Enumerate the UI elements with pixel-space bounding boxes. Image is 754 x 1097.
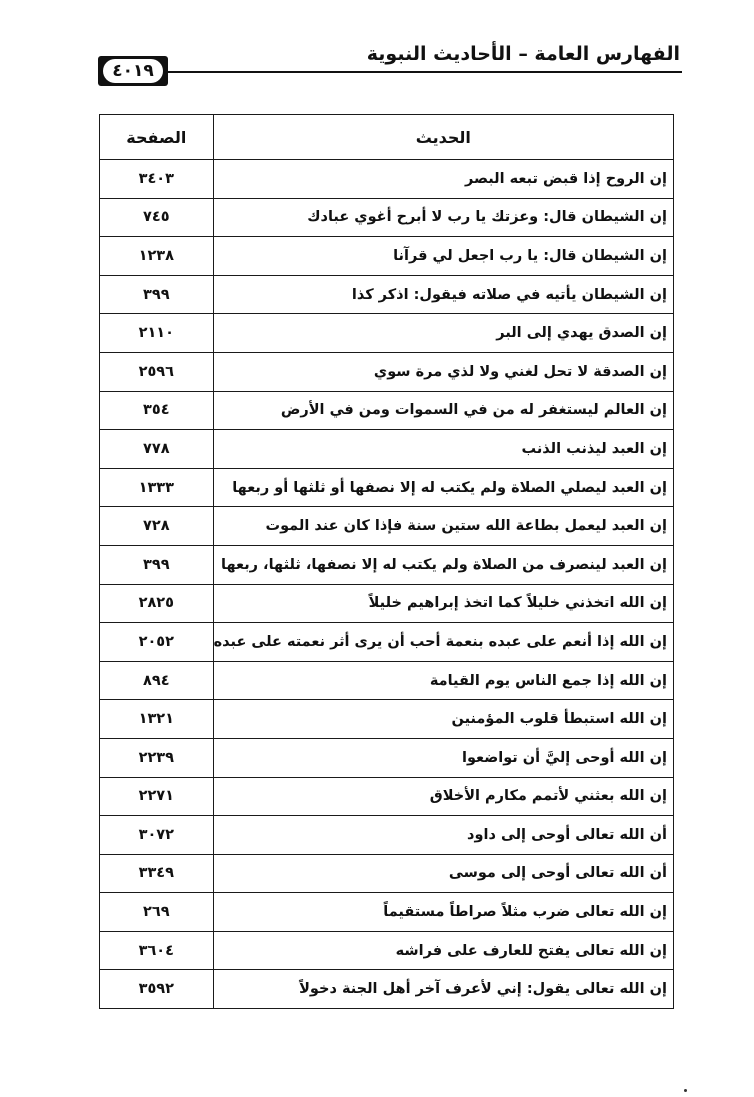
page-reference: ٧٧٨: [100, 430, 214, 469]
page-reference: ١٢٣٨: [100, 237, 214, 276]
page-reference: ٧٤٥: [100, 198, 214, 237]
hadith-text: إن الشيطان قال: وعزتك يا رب لا أبرح أغوي…: [213, 198, 673, 237]
table-row: إن الله تعالى يقول: إني لأعرف آخر أهل ال…: [100, 970, 674, 1009]
table-row: إن العبد ليصلي الصلاة ولم يكتب له إلا نص…: [100, 468, 674, 507]
scan-speck: [684, 1089, 687, 1092]
page-reference: ٣٤٠٣: [100, 160, 214, 199]
page-reference: ٣٠٧٢: [100, 816, 214, 855]
table-row: إن العبد ليعمل بطاعة الله ستين سنة فإذا …: [100, 507, 674, 546]
table-row: إن الله أوحى إليَّ أن تواضعوا٢٢٣٩: [100, 738, 674, 777]
column-header-page: الصفحة: [100, 115, 214, 160]
table-row: إن الله تعالى ضرب مثلاً صراطاً مستقيماً٢…: [100, 893, 674, 932]
page-reference: ٢٦٩: [100, 893, 214, 932]
hadith-text: إن الله تعالى يفتح للعارف على فراشه: [213, 931, 673, 970]
table-row: إن الشيطان قال: يا رب اجعل لي قرآنا١٢٣٨: [100, 237, 674, 276]
hadith-text: إن الصدقة لا تحل لغني ولا لذي مرة سوي: [213, 352, 673, 391]
page-reference: ٢٠٥٢: [100, 623, 214, 662]
page-reference: ٣٦٠٤: [100, 931, 214, 970]
hadith-text: إن الله بعثني لأتمم مكارم الأخلاق: [213, 777, 673, 816]
table-row: أن الله تعالى أوحى إلى موسى٣٣٤٩: [100, 854, 674, 893]
hadith-text: إن العبد ليذنب الذنب: [213, 430, 673, 469]
page-reference: ٣٥٤: [100, 391, 214, 430]
column-header-hadith: الحديث: [213, 115, 673, 160]
page-header: الفهارس العامة – الأحاديث النبوية ٤٠١٩: [98, 40, 682, 82]
running-title: الفهارس العامة – الأحاديث النبوية: [367, 43, 680, 65]
hadith-text: أن الله تعالى أوحى إلى موسى: [213, 854, 673, 893]
table-row: إن العبد ليذنب الذنب٧٧٨: [100, 430, 674, 469]
hadith-text: إن الشيطان قال: يا رب اجعل لي قرآنا: [213, 237, 673, 276]
table-row: إن الشيطان يأتيه في صلاته فيقول: اذكر كذ…: [100, 275, 674, 314]
hadith-text: إن الروح إذا قبض تبعه البصر: [213, 160, 673, 199]
table-row: إن الصدق يهدي إلى البر٢١١٠: [100, 314, 674, 353]
page-reference: ٢٢٧١: [100, 777, 214, 816]
table-row: إن الروح إذا قبض تبعه البصر٣٤٠٣: [100, 160, 674, 199]
table-header-row: الحديث الصفحة: [100, 115, 674, 160]
hadith-text: إن الله أوحى إليَّ أن تواضعوا: [213, 738, 673, 777]
table-row: إن الله استبطأ قلوب المؤمنين١٣٢١: [100, 700, 674, 739]
table-row: إن الله بعثني لأتمم مكارم الأخلاق٢٢٧١: [100, 777, 674, 816]
page-reference: ٣٩٩: [100, 275, 214, 314]
page-reference: ١٣٣٣: [100, 468, 214, 507]
page-reference: ٢٢٣٩: [100, 738, 214, 777]
hadith-text: إن الصدق يهدي إلى البر: [213, 314, 673, 353]
page-reference: ٣٩٩: [100, 545, 214, 584]
hadith-text: إن الله استبطأ قلوب المؤمنين: [213, 700, 673, 739]
hadith-index-table: الحديث الصفحة إن الروح إذا قبض تبعه البص…: [99, 114, 674, 1009]
page-reference: ٢٥٩٦: [100, 352, 214, 391]
table-body: إن الروح إذا قبض تبعه البصر٣٤٠٣إن الشيطا…: [100, 160, 674, 1009]
page-reference: ٢٨٢٥: [100, 584, 214, 623]
table-row: إن الله إذا جمع الناس يوم القيامة٨٩٤: [100, 661, 674, 700]
page-reference: ٨٩٤: [100, 661, 214, 700]
page-reference: ٧٢٨: [100, 507, 214, 546]
page-number-badge: ٤٠١٩: [98, 56, 168, 86]
hadith-text: إن العبد ليعمل بطاعة الله ستين سنة فإذا …: [213, 507, 673, 546]
table-row: إن الله إذا أنعم على عبده بنعمة أحب أن ي…: [100, 623, 674, 662]
hadith-text: إن العبد لينصرف من الصلاة ولم يكتب له إل…: [213, 545, 673, 584]
page-number: ٤٠١٩: [103, 59, 163, 83]
table-row: إن العبد لينصرف من الصلاة ولم يكتب له إل…: [100, 545, 674, 584]
hadith-text: إن الله اتخذني خليلاً كما اتخذ إبراهيم خ…: [213, 584, 673, 623]
table-row: إن العالم ليستغفر له من في السموات ومن ف…: [100, 391, 674, 430]
hadith-text: إن الله إذا جمع الناس يوم القيامة: [213, 661, 673, 700]
hadith-text: أن الله تعالى أوحى إلى داود: [213, 816, 673, 855]
table-row: إن الشيطان قال: وعزتك يا رب لا أبرح أغوي…: [100, 198, 674, 237]
page-reference: ١٣٢١: [100, 700, 214, 739]
page-reference: ٣٥٩٢: [100, 970, 214, 1009]
table-row: إن الله تعالى يفتح للعارف على فراشه٣٦٠٤: [100, 931, 674, 970]
hadith-text: إن العالم ليستغفر له من في السموات ومن ف…: [213, 391, 673, 430]
header-rule: [166, 71, 682, 73]
page-reference: ٣٣٤٩: [100, 854, 214, 893]
table-row: أن الله تعالى أوحى إلى داود٣٠٧٢: [100, 816, 674, 855]
table-row: إن الصدقة لا تحل لغني ولا لذي مرة سوي٢٥٩…: [100, 352, 674, 391]
hadith-text: إن الشيطان يأتيه في صلاته فيقول: اذكر كذ…: [213, 275, 673, 314]
hadith-text: إن الله تعالى ضرب مثلاً صراطاً مستقيماً: [213, 893, 673, 932]
hadith-text: إن الله إذا أنعم على عبده بنعمة أحب أن ي…: [213, 623, 673, 662]
hadith-text: إن العبد ليصلي الصلاة ولم يكتب له إلا نص…: [213, 468, 673, 507]
page-reference: ٢١١٠: [100, 314, 214, 353]
table-row: إن الله اتخذني خليلاً كما اتخذ إبراهيم خ…: [100, 584, 674, 623]
hadith-text: إن الله تعالى يقول: إني لأعرف آخر أهل ال…: [213, 970, 673, 1009]
